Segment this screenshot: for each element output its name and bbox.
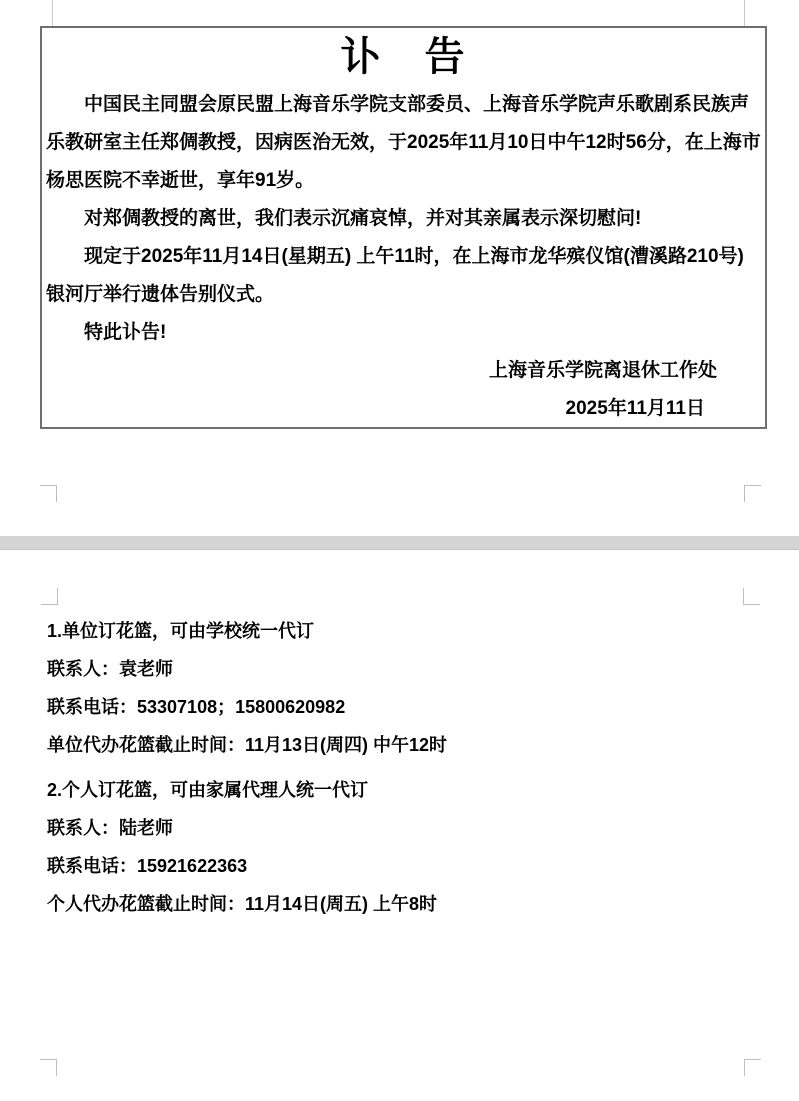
obituary-date: 2025年11月11日 <box>46 390 761 428</box>
obituary-title: 讣 告 <box>42 28 765 86</box>
obituary-body: 中国民主同盟会原民盟上海音乐学院支部委员、上海音乐学院声乐歌剧系民族声乐教研室主… <box>42 86 765 428</box>
page1-top-left-crop-mark <box>52 0 53 26</box>
personal-order-deadline: 个人代办花篮截止时间：11月14日(周五) 上午8时 <box>47 885 799 923</box>
page-separator-bar <box>0 536 799 550</box>
page1-bottom-right-crop-mark <box>744 485 761 502</box>
obituary-notice-box: 讣 告 中国民主同盟会原民盟上海音乐学院支部委员、上海音乐学院声乐歌剧系民族声乐… <box>40 26 767 429</box>
page2-top-left-crop-mark <box>41 588 58 605</box>
obituary-paragraph-condolence: 对郑倜教授的离世，我们表示沉痛哀悼，并对其亲属表示深切慰问! <box>46 200 761 238</box>
page1-bottom-left-crop-mark <box>40 485 57 502</box>
page2-bottom-right-crop-mark <box>744 1059 761 1076</box>
page2-top-right-crop-mark <box>743 588 760 605</box>
personal-flower-order-section: 2.个人订花篮，可由家属代理人统一代订 联系人：陆老师 联系电话：1592162… <box>0 771 799 923</box>
obituary-paragraph-ceremony: 现定于2025年11月14日(星期五) 上午11时，在上海市龙华殡仪馆(漕溪路2… <box>46 238 761 314</box>
personal-order-heading: 2.个人订花篮，可由家属代理人统一代订 <box>47 771 799 809</box>
page2-bottom-left-crop-mark <box>40 1059 57 1076</box>
unit-flower-order-section: 1.单位订花篮，可由学校统一代订 联系人：袁老师 联系电话：53307108；1… <box>0 612 799 764</box>
unit-order-phone: 联系电话：53307108；15800620982 <box>47 688 799 726</box>
unit-order-contact: 联系人：袁老师 <box>47 650 799 688</box>
unit-order-heading: 1.单位订花篮，可由学校统一代订 <box>47 612 799 650</box>
personal-order-phone: 联系电话：15921622363 <box>47 847 799 885</box>
document-page: 讣 告 中国民主同盟会原民盟上海音乐学院支部委员、上海音乐学院声乐歌剧系民族声乐… <box>0 0 799 1101</box>
obituary-paragraph-closing: 特此讣告! <box>46 314 761 352</box>
unit-order-deadline: 单位代办花篮截止时间：11月13日(周四) 中午12时 <box>47 726 799 764</box>
obituary-paragraph-death-announcement: 中国民主同盟会原民盟上海音乐学院支部委员、上海音乐学院声乐歌剧系民族声乐教研室主… <box>46 86 761 200</box>
page1-top-right-crop-mark <box>744 0 745 26</box>
personal-order-contact: 联系人：陆老师 <box>47 809 799 847</box>
obituary-signature: 上海音乐学院离退休工作处 <box>46 352 761 390</box>
